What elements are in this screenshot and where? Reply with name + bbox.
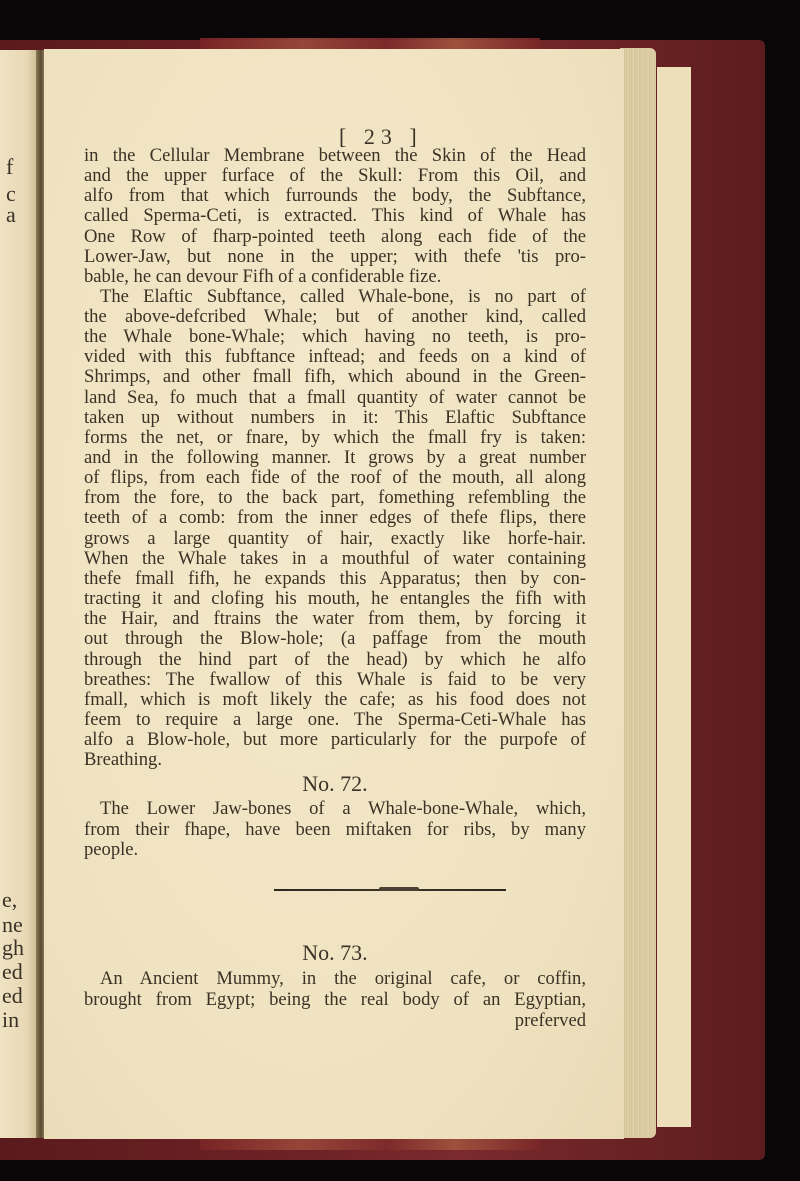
fragment: ed: [2, 962, 23, 982]
fragment: f: [6, 157, 13, 177]
fragment: c: [6, 184, 16, 204]
section-rule: [274, 889, 506, 891]
entry-heading: No. 73.: [84, 940, 586, 966]
fragment: e,: [2, 890, 17, 910]
page-flap: [657, 67, 691, 1127]
fragment: ed: [2, 986, 23, 1006]
fragment: ne: [2, 915, 23, 935]
catchword: preferved: [84, 1009, 586, 1033]
page-edges: [620, 48, 656, 1138]
text-line: people.: [84, 838, 586, 862]
fragment: a: [6, 205, 16, 225]
entry-heading: No. 72.: [84, 771, 586, 797]
text-line: Breathing.: [84, 748, 586, 772]
fragment: gh: [2, 938, 24, 958]
fragment: in: [2, 1010, 19, 1030]
